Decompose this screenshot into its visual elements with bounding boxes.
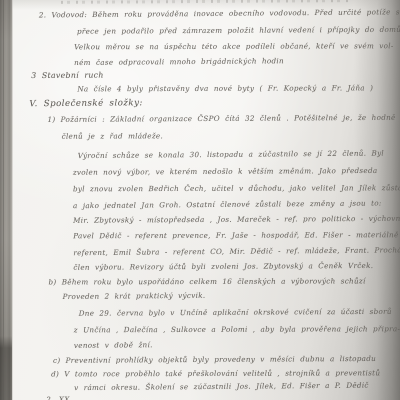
handwritten-line: 2. Vodovod: Během roku prováděna inovace…	[39, 7, 400, 19]
handwritten-line: ném čase odpracovali mnoho brigádnických…	[74, 56, 284, 67]
handwritten-line: 3 Stavební ruch	[31, 71, 103, 80]
handwritten-line: venost v době žní.	[74, 340, 153, 350]
handwritten-line: b) Během roku bylo uspořádáno celkem 16 …	[48, 276, 365, 286]
handwritten-text-block: 2. Vodovod: Během roku prováděna inovace…	[0, 0, 400, 400]
handwritten-line: a jako jednatel Jan Groh. Ostatní členov…	[73, 198, 382, 210]
handwritten-line: 2. XX	[46, 395, 70, 400]
handwritten-line: členů je z řad mládeže.	[62, 131, 163, 140]
handwritten-line: přece jen podařilo před zámrazem položit…	[77, 25, 400, 36]
handwritten-line: Na čísle 4 byly přistavěny dva nové byty…	[77, 83, 373, 93]
handwritten-line: referent, Emil Šubra - referent CO, Mir.…	[73, 245, 400, 257]
handwritten-line: c) Preventivní prohlídky objektů byly pr…	[53, 354, 376, 365]
handwritten-line: člen výboru. Revizory účtů byli zvoleni …	[73, 261, 373, 272]
handwritten-line: Proveden 2 krát praktický výcvik.	[63, 291, 206, 301]
handwritten-line: d) V tomto roce proběhlo také přeškolová…	[51, 368, 380, 378]
handwritten-line: byl znovu zvolen Bedřich Čech, učitel v …	[73, 183, 400, 193]
handwritten-line: zvolen nový výbor, ve kterém nedošlo k v…	[73, 166, 378, 177]
handwritten-line: v rámci okresu. Školení se zúčastnili Jo…	[74, 381, 369, 393]
cut-off-line-fragment	[61, 0, 351, 4]
chronicle-page-scan: 2. Vodovod: Během roku prováděna inovace…	[0, 0, 400, 400]
handwritten-line: Pavel Dědič - referent prevence, Fr. Jaš…	[73, 230, 400, 240]
handwritten-line: z Unčína , Dalečína , Sulkovce a Polomi …	[74, 324, 400, 334]
handwritten-line: V. Společenské složky:	[29, 98, 143, 109]
handwritten-line: Mir. Zbytovský - místopředseda , Jos. Ma…	[73, 214, 400, 225]
handwritten-line: 1) Požárníci : Základní organizace ČSPO …	[47, 113, 395, 124]
handwritten-line: Velkou měrou se na úspěchu této akce pod…	[74, 41, 394, 51]
handwritten-line: Dne 29. června bylo v Unčíně aplikační o…	[79, 307, 392, 318]
handwritten-line: Výroční schůze se konala 30. listopadu a…	[78, 148, 384, 160]
